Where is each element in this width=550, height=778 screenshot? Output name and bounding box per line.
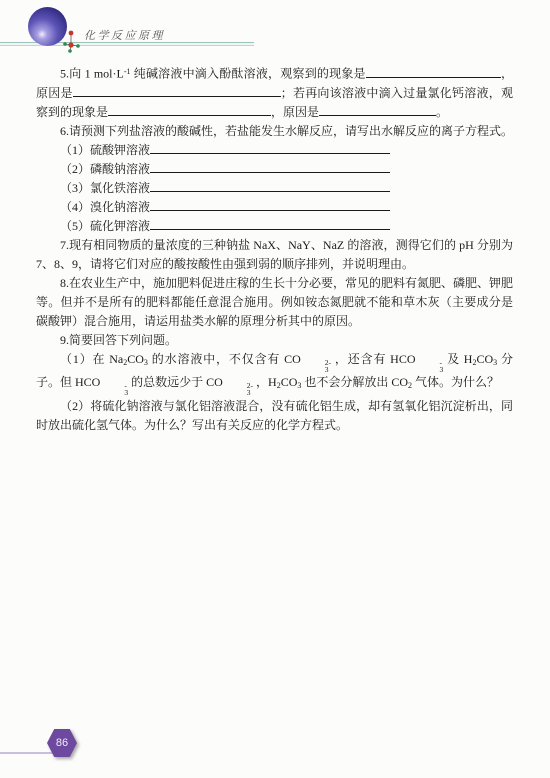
question-9-item-1: （1）在 Na2CO3 的水溶液中，不仅含有 CO2-3 ，还含有 HCO-3 … [36,350,513,397]
formula-subscript: 3 [297,381,301,390]
formula-stacked-charge: 2-3 [223,382,253,396]
question-6-item-2: （2）磷酸钠溶液 [36,160,513,179]
book-title: 化学反应原理 [84,27,165,43]
footer-rule [0,752,54,754]
question-7: 7.现有相同物质的量浓度的三种钠盐 NaX、NaY、NaZ 的溶液，测得它们的 … [36,236,513,274]
question-5: 5.向 1 mol·L-1 纯碱溶液中滴入酚酞溶液，观察到的现象是，原因是；若再… [36,62,513,122]
question-6-item-1: （1）硫酸钾溶液 [36,141,513,160]
answer-blank [319,104,436,116]
answer-blank [108,104,271,116]
formula-subscript: 2 [123,358,127,367]
question-6-item-5: （5）硫化钾溶液 [36,217,513,236]
formula-stacked-charge: -3 [415,359,443,373]
formula-subscript: 2 [408,381,412,390]
formula-subscript: 3 [493,358,497,367]
formula-subscript: 2 [472,358,476,367]
formula-superscript: -1 [124,67,131,76]
textbook-page: 化学反应原理 5.向 1 mol·L-1 纯碱溶液中滴入酚酞溶液，观察到的现象是… [0,0,550,778]
answer-blank [150,199,390,211]
answer-blank [150,161,390,173]
questions-area: 5.向 1 mol·L-1 纯碱溶液中滴入酚酞溶液，观察到的现象是，原因是；若再… [36,62,513,435]
answer-blank [150,142,390,154]
molecule-icon [61,28,83,54]
formula-stacked-charge: -3 [100,382,128,396]
formula-subscript: 3 [144,358,148,367]
answer-blank [150,180,390,192]
question-6: 6.请预测下列盐溶液的酸碱性，若盐能发生水解反应，请写出水解反应的离子方程式。 [36,122,513,141]
question-6-item-3: （3）氯化铁溶液 [36,179,513,198]
answer-blank [150,218,390,230]
question-8: 8.在农业生产中，施加肥料促进庄稼的生长十分必要，常见的肥料有氮肥、磷肥、钾肥等… [36,274,513,331]
answer-blank [366,66,501,78]
formula-subscript: 2 [277,381,281,390]
question-9-item-2: （2）将硫化钠溶液与氯化铝溶液混合，没有硫化铝生成，却有氢氧化铝沉淀析出，同时放… [36,397,513,435]
page-number-badge: 86 [47,729,77,757]
formula-stacked-charge: 2-3 [301,359,331,373]
question-6-item-4: （4）溴化钠溶液 [36,198,513,217]
page-number-hexagon: 86 [47,729,77,757]
page-number: 86 [56,737,68,749]
answer-blank [73,85,281,97]
question-9: 9.简要回答下列问题。 [36,331,513,350]
